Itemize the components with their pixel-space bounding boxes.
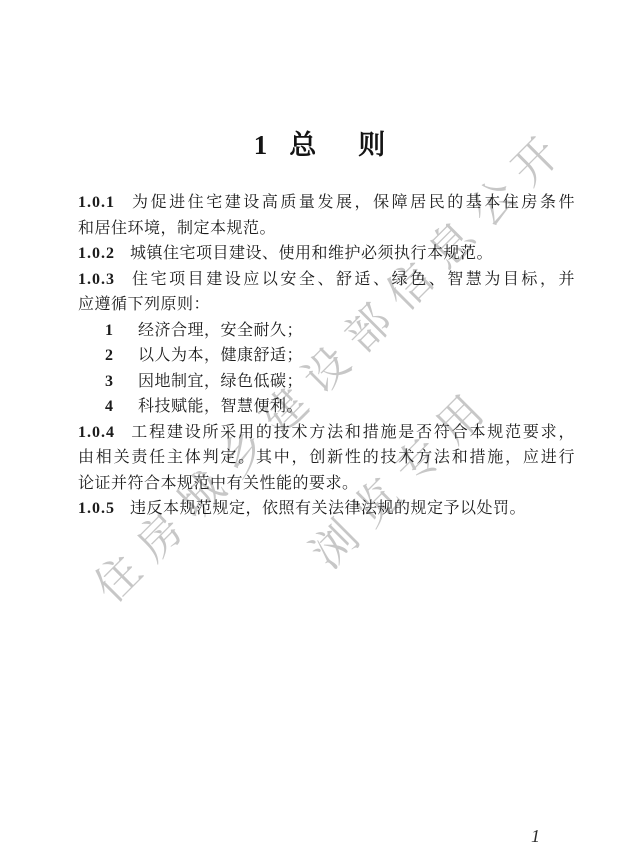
clause-line: 和居住环境，制定本规范。	[78, 216, 575, 242]
clause-line: 1.0.4工程建设所采用的技术方法和措施是否符合本规范要求，	[78, 420, 575, 446]
page-content: 1总则 1.0.1为促进住宅建设高质量发展，保障居民的基本住房条件 和居住环境，…	[0, 0, 639, 865]
clause-1-0-2: 1.0.2城镇住宅项目建设、使用和维护必须执行本规范。	[78, 241, 575, 267]
clause-1-0-5: 1.0.5违反本规范规定，依照有关法律法规的规定予以处罚。	[78, 496, 575, 522]
clause-line: 1.0.1为促进住宅建设高质量发展，保障居民的基本住房条件	[78, 190, 575, 216]
clause-line: 1.0.2城镇住宅项目建设、使用和维护必须执行本规范。	[78, 241, 575, 267]
chapter-number: 1	[254, 130, 268, 160]
principle-item-3: 3因地制宜，绿色低碳；	[78, 369, 575, 395]
principle-text: 以人为本，健康舒适；	[138, 347, 303, 364]
clause-text: 违反本规范规定，依照有关法律法规的规定予以处罚。	[130, 500, 526, 517]
page-number: 1	[531, 826, 540, 847]
clause-text: 住宅项目建设应以安全、舒适、绿色、智慧为目标，并	[130, 271, 575, 288]
principle-item-4: 4科技赋能，智慧便利。	[78, 394, 575, 420]
document-page: 住房城乡建设部信息公开 浏览专用 1总则 1.0.1为促进住宅建设高质量发展，保…	[0, 0, 639, 865]
chapter-title-char-1: 总	[289, 130, 316, 160]
principle-item-1: 1经济合理，安全耐久；	[78, 318, 575, 344]
chapter-title-char-2: 则	[358, 130, 385, 160]
principle-number: 2	[105, 343, 118, 369]
clause-1-0-1: 1.0.1为促进住宅建设高质量发展，保障居民的基本住房条件 和居住环境，制定本规…	[78, 190, 575, 241]
chapter-title: 1总则	[0, 123, 639, 162]
clause-number: 1.0.5	[78, 500, 115, 517]
principle-number: 1	[105, 318, 118, 344]
clause-number: 1.0.2	[78, 245, 115, 262]
clause-number: 1.0.1	[78, 194, 115, 211]
clause-number: 1.0.4	[78, 424, 115, 441]
clause-line: 论证并符合本规范中有关性能的要求。	[78, 471, 575, 497]
clause-line: 由相关责任主体判定。其中，创新性的技术方法和措施，应进行	[78, 445, 575, 471]
principle-text: 因地制宜，绿色低碳；	[138, 373, 303, 390]
body-text: 1.0.1为促进住宅建设高质量发展，保障居民的基本住房条件 和居住环境，制定本规…	[78, 190, 575, 522]
principle-number: 3	[105, 369, 118, 395]
clause-text: 为促进住宅建设高质量发展，保障居民的基本住房条件	[130, 194, 575, 211]
clause-line: 1.0.5违反本规范规定，依照有关法律法规的规定予以处罚。	[78, 496, 575, 522]
principle-text: 经济合理，安全耐久；	[138, 322, 303, 339]
clause-line: 应遵循下列原则：	[78, 292, 575, 318]
principle-number: 4	[105, 394, 118, 420]
clause-1-0-4: 1.0.4工程建设所采用的技术方法和措施是否符合本规范要求， 由相关责任主体判定…	[78, 420, 575, 497]
clause-text: 工程建设所采用的技术方法和措施是否符合本规范要求，	[130, 424, 575, 441]
principle-text: 科技赋能，智慧便利。	[138, 398, 303, 415]
clause-1-0-3: 1.0.3住宅项目建设应以安全、舒适、绿色、智慧为目标，并 应遵循下列原则：	[78, 267, 575, 318]
principle-item-2: 2以人为本，健康舒适；	[78, 343, 575, 369]
clause-number: 1.0.3	[78, 271, 115, 288]
clause-text: 城镇住宅项目建设、使用和维护必须执行本规范。	[130, 245, 493, 262]
clause-line: 1.0.3住宅项目建设应以安全、舒适、绿色、智慧为目标，并	[78, 267, 575, 293]
